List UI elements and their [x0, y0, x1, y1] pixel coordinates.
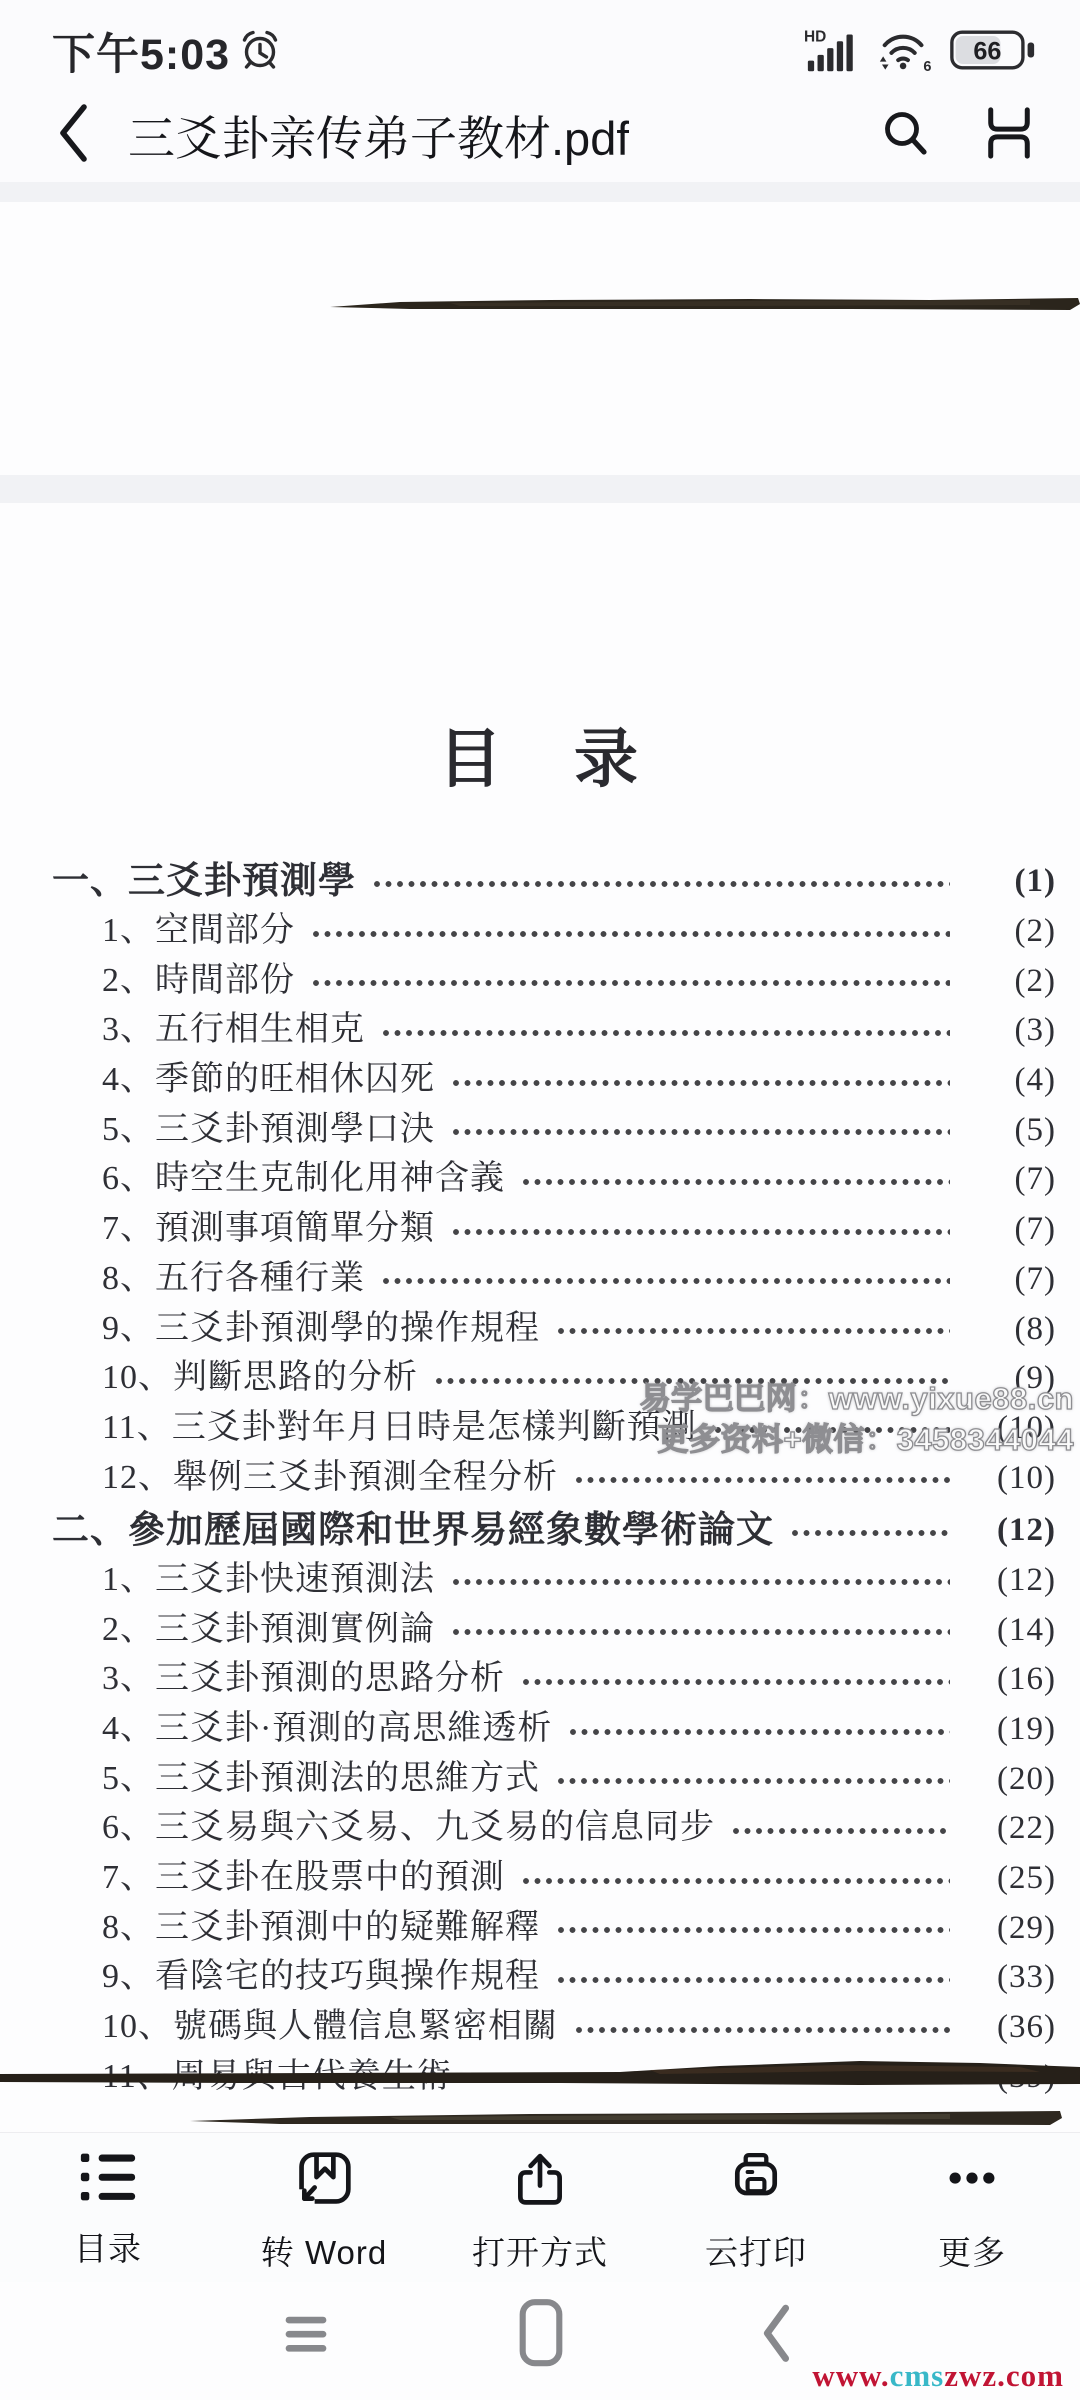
toc-entry-label: 5、三爻卦預測學口決	[102, 1101, 435, 1150]
toc-entry-page: (7)	[960, 1161, 1056, 1198]
cloud-print-icon	[727, 2150, 785, 2213]
toc-entry: 3、五行相生相克(3)	[52, 1001, 1056, 1051]
site-watermark-segment: www.	[812, 2358, 889, 2393]
toc-entry-label: 6、三爻易與六爻易、九爻易的信息同步	[102, 1799, 715, 1848]
toc-entry: 5、三爻卦預測法的思維方式(20)	[52, 1749, 1056, 1799]
back-nav-icon[interactable]	[761, 2303, 791, 2368]
toc-entry: 二、參加歷屆國際和世界易經象數學術論文(12)	[52, 1501, 1056, 1551]
leader-dots	[790, 1528, 950, 1538]
screen: 下午5:03 HD	[0, 0, 1080, 2400]
toc-entry-page: (33)	[960, 1959, 1056, 1996]
toc-entry-label: 10、號碼與人體信息緊密相關	[102, 1998, 558, 2047]
toc-entry-label: 4、三爻卦·預測的高思維透析	[102, 1700, 552, 1749]
scan-artifact-bottom-streak	[190, 2106, 1062, 2132]
open-with-icon	[511, 2150, 569, 2213]
page-heading: 目 录	[0, 708, 1080, 800]
leader-dots	[451, 1078, 950, 1088]
leader-dots	[556, 1925, 950, 1935]
leader-dots	[381, 1028, 950, 1038]
toc-entry-page: (22)	[960, 1810, 1056, 1847]
content-watermark: 易学巴巴网：www.yixue88.cn 更多资料+微信：3458344044	[640, 1378, 1074, 1460]
toc-entry-page: (8)	[960, 1311, 1056, 1348]
toc-entry-label: 1、三爻卦快速預測法	[102, 1551, 435, 1600]
leader-dots	[731, 1826, 950, 1836]
content-watermark-line1: 易学巴巴网：www.yixue88.cn	[640, 1378, 1074, 1419]
toc-entry-label: 5、三爻卦預測法的思維方式	[102, 1750, 540, 1799]
toc-entry-label: 9、看陰宅的技巧與操作規程	[102, 1948, 540, 1997]
toc-entry-label: 1、空間部分	[102, 902, 295, 951]
leader-dots	[372, 879, 950, 889]
site-watermark-segment: cms	[890, 2358, 945, 2393]
toc-entry: 一、三爻卦預測學(1)	[52, 852, 1056, 902]
toc-entry: 5、三爻卦預測學口決(5)	[52, 1100, 1056, 1150]
system-nav-bar: www.cmszwz.com	[0, 2282, 1080, 2400]
toc-entry-label: 7、預測事項簡單分類	[102, 1200, 435, 1249]
network-type-label: HD	[804, 28, 826, 45]
back-icon[interactable]	[56, 102, 90, 169]
leader-dots	[311, 978, 950, 988]
toc-entry-page: (5)	[960, 1112, 1056, 1149]
leader-dots	[451, 1127, 950, 1137]
toolbar-label-more: 更多	[938, 2227, 1006, 2274]
site-watermark: www.cmszwz.com	[812, 2358, 1064, 2394]
toc-entry-label: 2、時間部份	[102, 952, 295, 1001]
toc-entry-page: (12)	[960, 1512, 1056, 1549]
toc-entry-page: (20)	[960, 1761, 1056, 1798]
toc-entry: 1、空間部分(2)	[52, 902, 1056, 952]
leader-dots	[451, 1227, 950, 1237]
scan-artifact-bottom-band	[0, 2058, 1080, 2094]
clock-time: 下午5:03	[52, 21, 230, 82]
toc-entry: 2、三爻卦預測實例論(14)	[52, 1600, 1056, 1650]
toc-entry-page: (4)	[960, 1062, 1056, 1099]
toolbar-button-cloud-print[interactable]: 云打印	[648, 2133, 864, 2283]
bottom-toolbar: 目录 转 Word	[0, 2132, 1080, 2283]
toc-entry-page: (36)	[960, 2009, 1056, 2046]
toc-entry: 9、三爻卦預測學的操作規程(8)	[52, 1299, 1056, 1349]
toc-entry: 10、號碼與人體信息緊密相關(36)	[52, 1998, 1056, 2048]
toc-entry-page: (14)	[960, 1612, 1056, 1649]
toolbar-label-open-with: 打开方式	[472, 2227, 608, 2274]
leader-dots	[556, 1326, 950, 1336]
toc-entry-page: (29)	[960, 1910, 1056, 1947]
leader-dots	[574, 2025, 950, 2035]
toc-entry-label: 11、三爻卦對年月日時是怎樣判斷預測	[102, 1399, 697, 1448]
toc-entry: 1、三爻卦快速預測法(12)	[52, 1551, 1056, 1601]
toc-entry-page: (1)	[960, 863, 1056, 900]
leader-dots	[451, 1627, 950, 1637]
leader-dots	[521, 1876, 950, 1886]
toc-entry-label: 8、五行各種行業	[102, 1250, 365, 1299]
toc-entry: 7、三爻卦在股票中的預測(25)	[52, 1849, 1056, 1899]
toolbar-button-more[interactable]: 更多	[864, 2133, 1080, 2283]
toc-entry-label: 6、時空生克制化用神含義	[102, 1150, 505, 1199]
toc-entry: 9、看陰宅的技巧與操作規程(33)	[52, 1948, 1056, 1998]
leader-dots	[381, 1276, 950, 1286]
toc-entry-page: (25)	[960, 1860, 1056, 1897]
toc-entry: 8、五行各種行業(7)	[52, 1250, 1056, 1300]
header-divider	[0, 182, 1080, 203]
toc-entry: 6、時空生克制化用神含義(7)	[52, 1150, 1056, 1200]
app-header: 三爻卦亲传弟子教材.pdf	[0, 88, 1080, 182]
toc-list-icon	[79, 2150, 137, 2209]
leader-dots	[574, 1475, 950, 1485]
toolbar-button-word-convert[interactable]: 转 Word	[216, 2133, 432, 2283]
leader-dots	[451, 1577, 950, 1587]
more-icon	[943, 2150, 1001, 2213]
toolbar-button-open-with[interactable]: 打开方式	[432, 2133, 648, 2283]
toc-entry: 7、預測事項簡單分類(7)	[52, 1200, 1056, 1250]
battery-indicator: 66	[950, 27, 1036, 78]
toc-entry-label: 2、三爻卦預測實例論	[102, 1601, 435, 1650]
pdf-page[interactable]: 目 录 一、三爻卦預測學(1)1、空間部分(2)2、時間部份(2)3、五行相生相…	[0, 202, 1080, 2132]
toc-list: 一、三爻卦預測學(1)1、空間部分(2)2、時間部份(2)3、五行相生相克(3)…	[52, 852, 1056, 2097]
leader-dots	[556, 1975, 950, 1985]
toc-entry-page: (3)	[960, 1012, 1056, 1049]
battery-percent-label: 66	[973, 37, 1001, 65]
alarm-icon	[240, 27, 280, 76]
toc-entry-page: (2)	[960, 913, 1056, 950]
word-convert-icon	[295, 2150, 353, 2213]
wifi-icon: 6	[876, 25, 934, 78]
leader-dots	[568, 1727, 950, 1737]
toc-entry-page: (12)	[960, 1562, 1056, 1599]
toc-entry-label: 7、三爻卦在股票中的預測	[102, 1849, 505, 1898]
toc-entry-label: 12、舉例三爻卦預測全程分析	[102, 1449, 558, 1498]
site-watermark-segment: zwz.com	[944, 2358, 1064, 2393]
toc-entry: 3、三爻卦預測的思路分析(16)	[52, 1650, 1056, 1700]
toc-entry: 6、三爻易與六爻易、九爻易的信息同步(22)	[52, 1799, 1056, 1849]
leader-dots	[521, 1177, 950, 1187]
toc-entry-label: 3、三爻卦預測的思路分析	[102, 1650, 505, 1699]
leader-dots	[521, 1677, 950, 1687]
toc-entry-label: 8、三爻卦預測中的疑難解釋	[102, 1899, 540, 1948]
leader-dots	[311, 929, 950, 939]
toolbar-label-word-convert: 转 Word	[261, 2227, 387, 2274]
toolbar-label-toc: 目录	[74, 2223, 142, 2270]
toolbar-button-toc[interactable]: 目录	[0, 2133, 216, 2283]
toc-entry-label: 9、三爻卦預測學的操作規程	[102, 1300, 540, 1349]
search-icon[interactable]	[882, 108, 930, 163]
toc-entry: 2、時間部份(2)	[52, 951, 1056, 1001]
toc-entry: 4、季節的旺相休囚死(4)	[52, 1051, 1056, 1101]
toc-entry: 8、三爻卦預測中的疑難解釋(29)	[52, 1898, 1056, 1948]
scan-shade-band	[0, 475, 1080, 503]
toc-entry-page: (2)	[960, 963, 1056, 1000]
scan-artifact-top	[330, 294, 1080, 318]
toc-entry-label: 二、參加歷屆國際和世界易經象數學術論文	[52, 1499, 774, 1553]
recents-icon[interactable]	[283, 2311, 329, 2362]
toolbar-label-cloud-print: 云打印	[705, 2227, 807, 2274]
content-watermark-line2: 更多资料+微信：3458344044	[640, 1419, 1074, 1460]
toc-entry-page: (10)	[960, 1460, 1056, 1497]
leader-dots	[556, 1776, 950, 1786]
multi-window-icon[interactable]	[984, 105, 1034, 166]
status-bar: 下午5:03 HD	[0, 0, 1080, 88]
toc-entry-page: (16)	[960, 1661, 1056, 1698]
toc-entry: 4、三爻卦·預測的高思維透析(19)	[52, 1700, 1056, 1750]
toc-entry-label: 4、季節的旺相休囚死	[102, 1051, 435, 1100]
document-title: 三爻卦亲传弟子教材.pdf	[128, 102, 629, 169]
toc-entry-label: 10、判斷思路的分析	[102, 1349, 418, 1398]
signal-strength-icon: HD	[804, 27, 860, 78]
wifi-standard-label: 6	[923, 59, 931, 73]
toc-entry-page: (7)	[960, 1261, 1056, 1298]
home-icon[interactable]	[519, 2299, 563, 2372]
toc-entry-page: (19)	[960, 1711, 1056, 1748]
toc-entry-label: 3、五行相生相克	[102, 1001, 365, 1050]
toc-entry-page: (7)	[960, 1211, 1056, 1248]
toc-entry-label: 一、三爻卦預測學	[52, 850, 356, 904]
